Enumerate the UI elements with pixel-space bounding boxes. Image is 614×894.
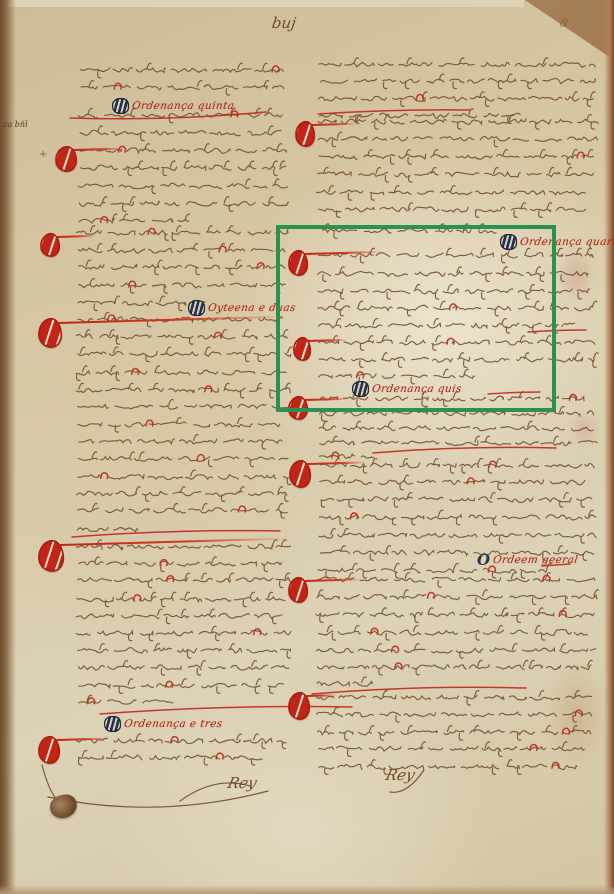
rubric-striped-initial-icon [188, 300, 205, 316]
script-stroke [530, 710, 582, 768]
script-stroke [76, 226, 291, 311]
parchment-page: buj 8 ca bñl + Rey Rey Ordenança quintaO… [0, 0, 614, 894]
script-stroke [76, 540, 291, 704]
rubric-label: Ordenança quinta [131, 100, 235, 112]
rubric-label: Ordenança e tres [123, 718, 223, 730]
script-stroke [129, 228, 265, 287]
rubric-cartouche: Ordenança e tres [104, 716, 223, 732]
paragraph-mark-pilcrow [55, 146, 77, 172]
manuscript-scan: buj 8 ca bñl + Rey Rey Ordenança quintaO… [0, 0, 614, 894]
margin-note: ca bñl [3, 120, 28, 129]
right-column-signature: Rey [384, 766, 417, 784]
paragraph-mark-pilcrow [288, 692, 310, 720]
script-stroke [101, 111, 238, 223]
highlight-box [276, 225, 556, 412]
paragraph-mark-pilcrow [38, 318, 62, 348]
rubric-striped-initial-icon [104, 716, 121, 732]
script-stroke [316, 691, 591, 775]
rubric-striped-initial-icon [112, 98, 129, 114]
script-stroke [76, 312, 292, 531]
rubric-cartouche: Ordenança quinta [112, 98, 234, 114]
paragraph-mark-pilcrow [38, 540, 64, 572]
script-stroke [373, 447, 556, 453]
script-stroke [312, 687, 526, 694]
paragraph-mark-pilcrow [38, 736, 60, 764]
script-stroke [100, 706, 352, 714]
rubric-cartouche: OOrdeem geeral [477, 553, 578, 567]
script-stroke [317, 115, 599, 218]
folio-number: buj [271, 14, 297, 32]
script-stroke [72, 531, 280, 537]
script-stroke [78, 108, 288, 223]
rubric-label: Ordeem geeral [492, 554, 579, 566]
script-stroke [319, 58, 596, 124]
margin-cross-mark: + [39, 149, 47, 160]
script-stroke [48, 791, 268, 807]
paragraph-mark-pilcrow [295, 121, 315, 147]
script-stroke [316, 573, 599, 687]
script-stroke [371, 575, 566, 668]
script-stroke [318, 110, 470, 114]
paragraph-mark-pilcrow [289, 460, 311, 488]
left-column-signature: Rey [226, 774, 259, 792]
paragraph-mark-pilcrow [40, 233, 60, 257]
script-stroke [42, 765, 58, 800]
rubric-initial-letter: O [477, 553, 490, 567]
script-stroke [81, 63, 284, 95]
paragraph-mark-pilcrow [288, 577, 308, 603]
script-stroke [101, 315, 246, 512]
